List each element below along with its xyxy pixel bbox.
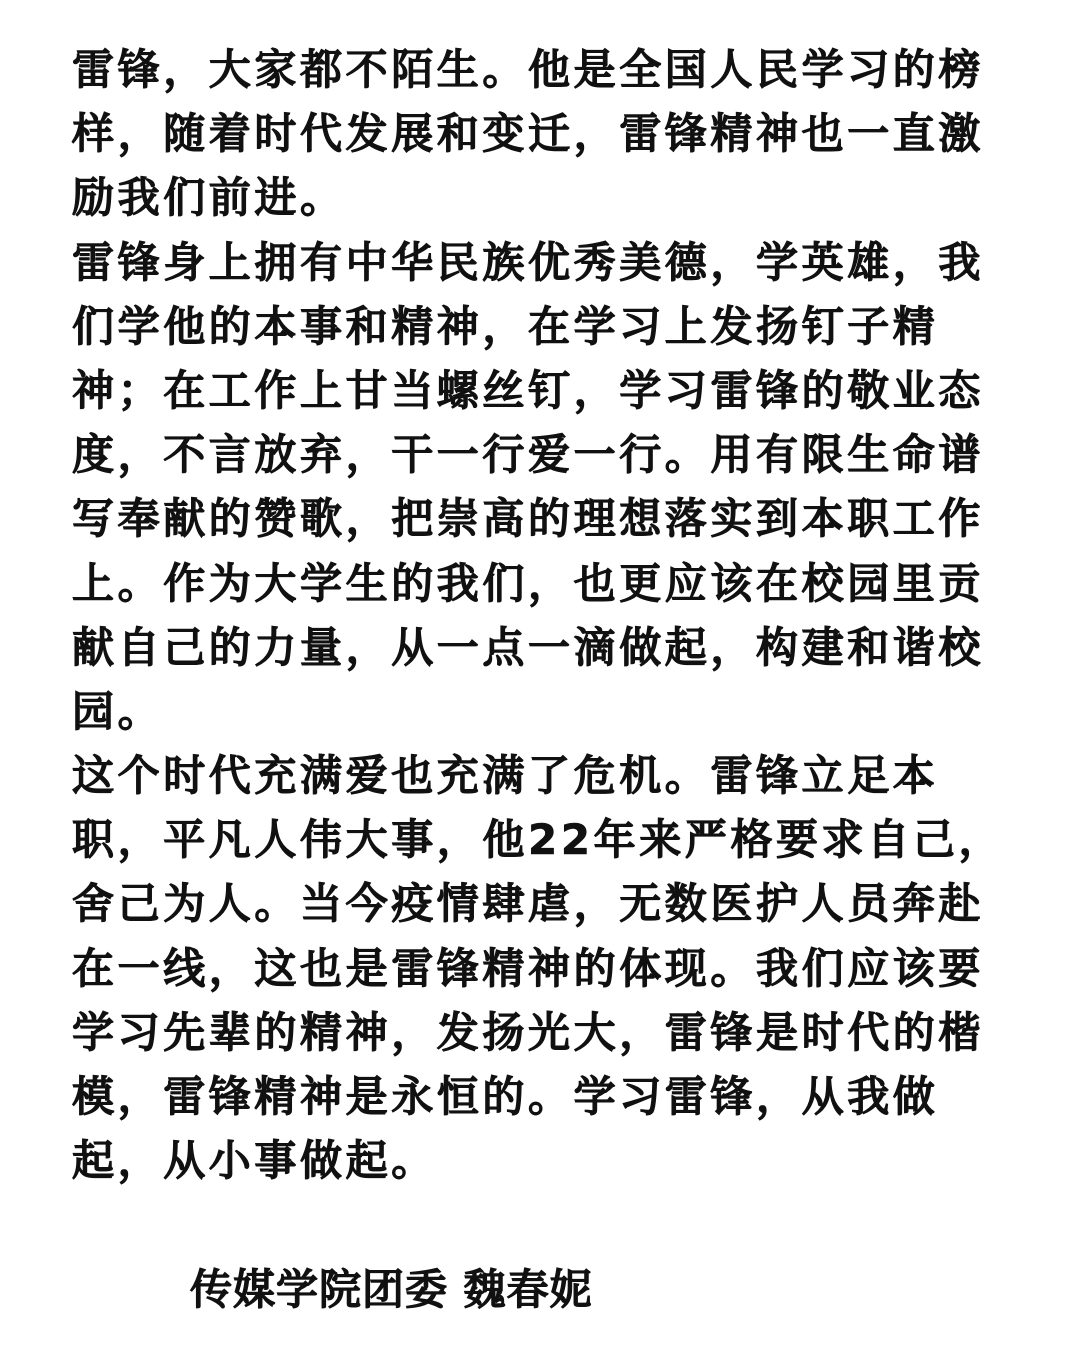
paragraph-2: 雷锋身上拥有中华民族优秀美德，学英雄，我 们学他的本事和精神，在学习上发扬钉子精… xyxy=(72,231,992,745)
signature: 传媒学院团委 魏春妮 xyxy=(190,1258,593,1322)
text-line: 起，从小事做起。 xyxy=(72,1129,992,1193)
text-line: 模，雷锋精神是永恒的。学习雷锋，从我做 xyxy=(72,1065,992,1129)
text-line: 神；在工作上甘当螺丝钉，学习雷锋的敬业态 xyxy=(72,359,992,423)
text-line: 励我们前进。 xyxy=(72,166,992,230)
text-line: 上。作为大学生的我们，也更应该在校园里贡 xyxy=(72,552,992,616)
text-line: 园。 xyxy=(72,680,992,744)
text-line: 献自己的力量，从一点一滴做起，构建和谐校 xyxy=(72,616,992,680)
text-line: 学习先辈的精神，发扬光大，雷锋是时代的楷 xyxy=(72,1001,992,1065)
text-line: 舍己为人。当今疫情肆虐，无数医护人员奔赴 xyxy=(72,872,992,936)
text-line: 这个时代充满爱也充满了危机。雷锋立足本 xyxy=(72,744,992,808)
text-line: 雷锋身上拥有中华民族优秀美德，学英雄，我 xyxy=(72,231,992,295)
text-line: 在一线，这也是雷锋精神的体现。我们应该要 xyxy=(72,937,992,1001)
text-line: 样，随着时代发展和变迁，雷锋精神也一直激 xyxy=(72,102,992,166)
paragraph-3: 这个时代充满爱也充满了危机。雷锋立足本 职，平凡人伟大事，他22年来严格要求自己… xyxy=(72,744,992,1193)
text-line: 写奉献的赞歌，把崇高的理想落实到本职工作 xyxy=(72,487,992,551)
text-line: 度，不言放弃，干一行爱一行。用有限生命谱 xyxy=(72,423,992,487)
article-body: 雷锋，大家都不陌生。他是全国人民学习的榜 样，随着时代发展和变迁，雷锋精神也一直… xyxy=(72,38,992,1193)
text-line: 职，平凡人伟大事，他22年来严格要求自己， xyxy=(72,808,992,872)
paragraph-1: 雷锋，大家都不陌生。他是全国人民学习的榜 样，随着时代发展和变迁，雷锋精神也一直… xyxy=(72,38,992,231)
text-line: 们学他的本事和精神，在学习上发扬钉子精 xyxy=(72,295,992,359)
text-line: 雷锋，大家都不陌生。他是全国人民学习的榜 xyxy=(72,38,992,102)
